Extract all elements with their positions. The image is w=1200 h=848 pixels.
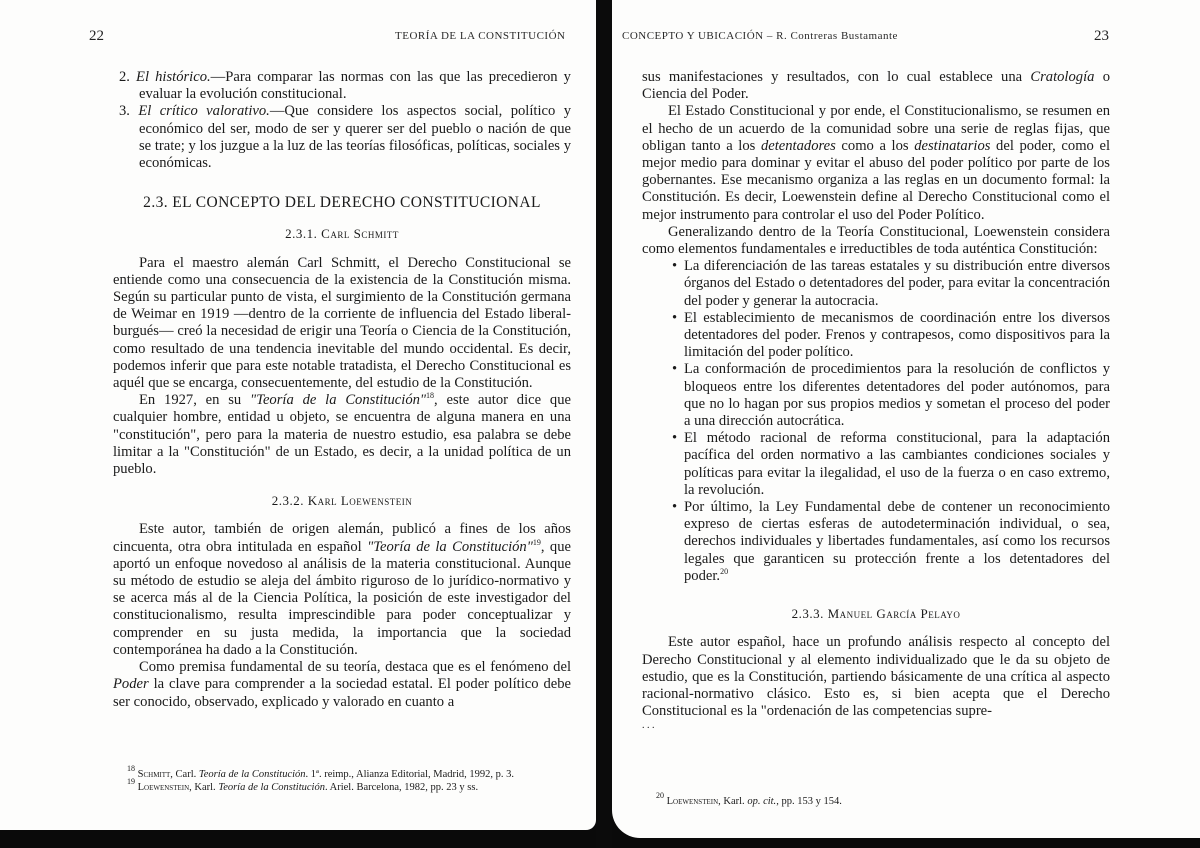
subsection-title-loewenstein: 2.3.2. Karl Loewenstein	[113, 492, 571, 509]
list-item: 2. El histórico.—Para comparar las norma…	[119, 69, 571, 103]
footnotes: 18 Schmitt, Carl. Teoría de la Constituc…	[113, 768, 571, 794]
right-body: sus manifestaciones y resultados, con lo…	[642, 69, 1110, 732]
subsection-title-schmitt: 2.3.1. Carl Schmitt	[113, 225, 571, 242]
bullet-item: El método racional de reforma constituci…	[672, 430, 1110, 499]
paragraph: Como premisa fundamental de su teoría, d…	[113, 659, 571, 711]
footnote: 19 Loewenstein, Karl. Teoría de la Const…	[113, 781, 571, 794]
footnote: 20 Loewenstein, Karl. op. cit., pp. 153 …	[642, 795, 1110, 808]
paragraph: sus manifestaciones y resultados, con lo…	[642, 69, 1110, 103]
footnote-ref[interactable]: 18	[426, 391, 434, 400]
subsection-title-garcia-pelayo: 2.3.3. Manuel García Pelayo	[642, 605, 1110, 622]
page-number: 22	[89, 28, 104, 45]
continuation-marks: . . .	[642, 720, 1110, 732]
section-title: 2.3. EL CONCEPTO DEL DERECHO CONSTITUCIO…	[113, 194, 571, 211]
bullet-list: La diferenciación de las tareas estatale…	[642, 258, 1110, 585]
paragraph: Este autor español, hace un profundo aná…	[642, 634, 1110, 720]
bullet-item: El establecimiento de mecanismos de coor…	[672, 310, 1110, 362]
footnote-ref[interactable]: 20	[720, 567, 728, 576]
book-gutter	[596, 0, 612, 848]
paragraph: El Estado Constitucional y por ende, el …	[642, 103, 1110, 223]
right-page: CONCEPTO Y UBICACIÓN – R. Contreras Bust…	[612, 0, 1200, 838]
bullet-item: Por último, la Ley Fundamental debe de c…	[672, 499, 1110, 585]
footnotes: 20 Loewenstein, Karl. op. cit., pp. 153 …	[642, 795, 1110, 808]
running-head: TEORÍA DE LA CONSTITUCIÓN	[395, 30, 565, 42]
footnote: 18 Schmitt, Carl. Teoría de la Constituc…	[113, 768, 571, 781]
bullet-item: La diferenciación de las tareas estatale…	[672, 258, 1110, 310]
footnote-ref[interactable]: 19	[533, 538, 541, 547]
running-head: CONCEPTO Y UBICACIÓN – R. Contreras Bust…	[622, 30, 898, 42]
paragraph: En 1927, en su "Teoría de la Constitució…	[113, 392, 571, 478]
paragraph: Este autor, también de origen alemán, pu…	[113, 521, 571, 659]
paragraph: Generalizando dentro de la Teoría Consti…	[642, 224, 1110, 258]
bullet-item: La conformación de procedimientos para l…	[672, 361, 1110, 430]
list-item: 3. El crítico valorativo.—Que considere …	[119, 103, 571, 172]
left-page: 22 TEORÍA DE LA CONSTITUCIÓN 2. El histó…	[0, 0, 596, 830]
left-body: 2. El histórico.—Para comparar las norma…	[113, 69, 571, 711]
page-number: 23	[1094, 28, 1109, 45]
paragraph: Para el maestro alemán Carl Schmitt, el …	[113, 255, 571, 393]
